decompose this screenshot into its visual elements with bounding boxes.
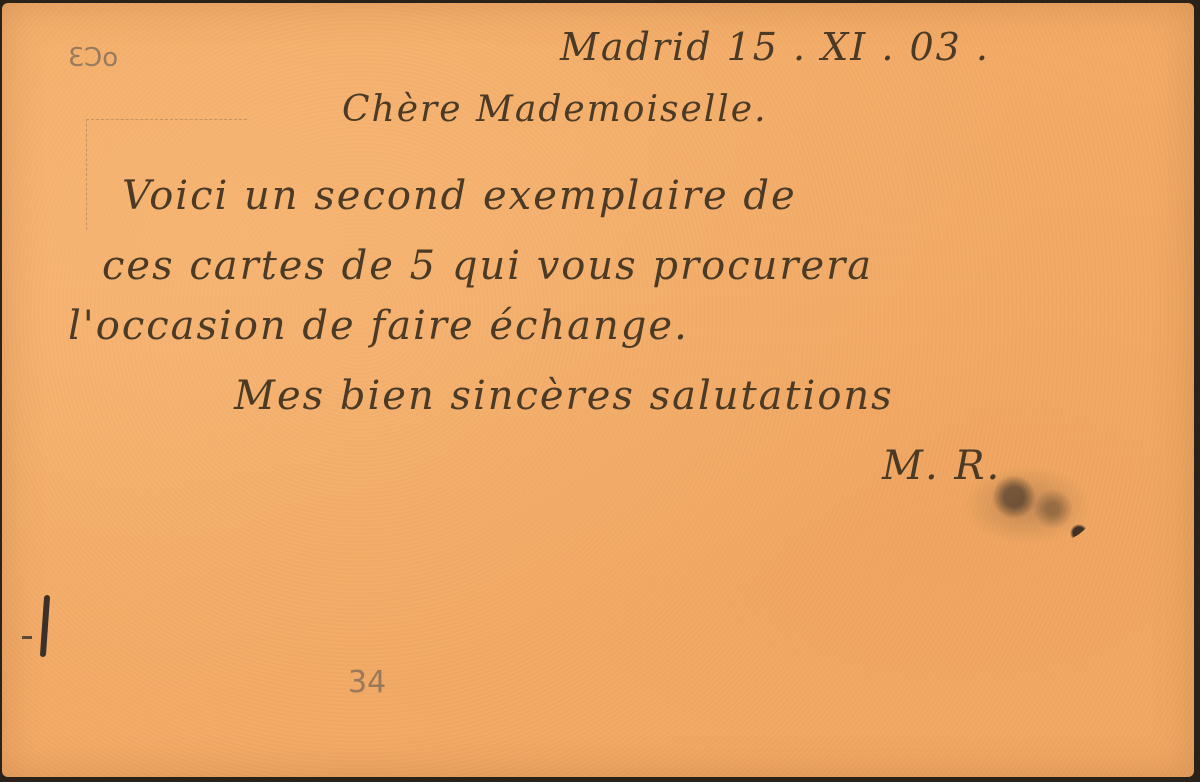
place-date: Madrid 15 . XI . 03 . xyxy=(560,25,990,69)
pencil-number: 34 xyxy=(348,665,386,700)
closing: Mes bien sincères salutations xyxy=(234,373,894,419)
postcard: ƐƆo Madrid 15 . XI . 03 . Chère Mademois… xyxy=(2,3,1194,777)
margin-tick-mark xyxy=(40,595,50,657)
ink-smudge xyxy=(962,465,1092,545)
body-line-2: ces cartes de 5 qui vous procurera xyxy=(102,243,873,289)
body-line-3: l'occasion de faire échange. xyxy=(68,303,689,349)
pencil-note-top-left: ƐƆo xyxy=(68,43,118,73)
body-line-1: Voici un second exemplaire de xyxy=(122,173,797,219)
salutation: Chère Mademoiselle. xyxy=(342,89,768,130)
margin-dash-mark xyxy=(22,636,32,639)
